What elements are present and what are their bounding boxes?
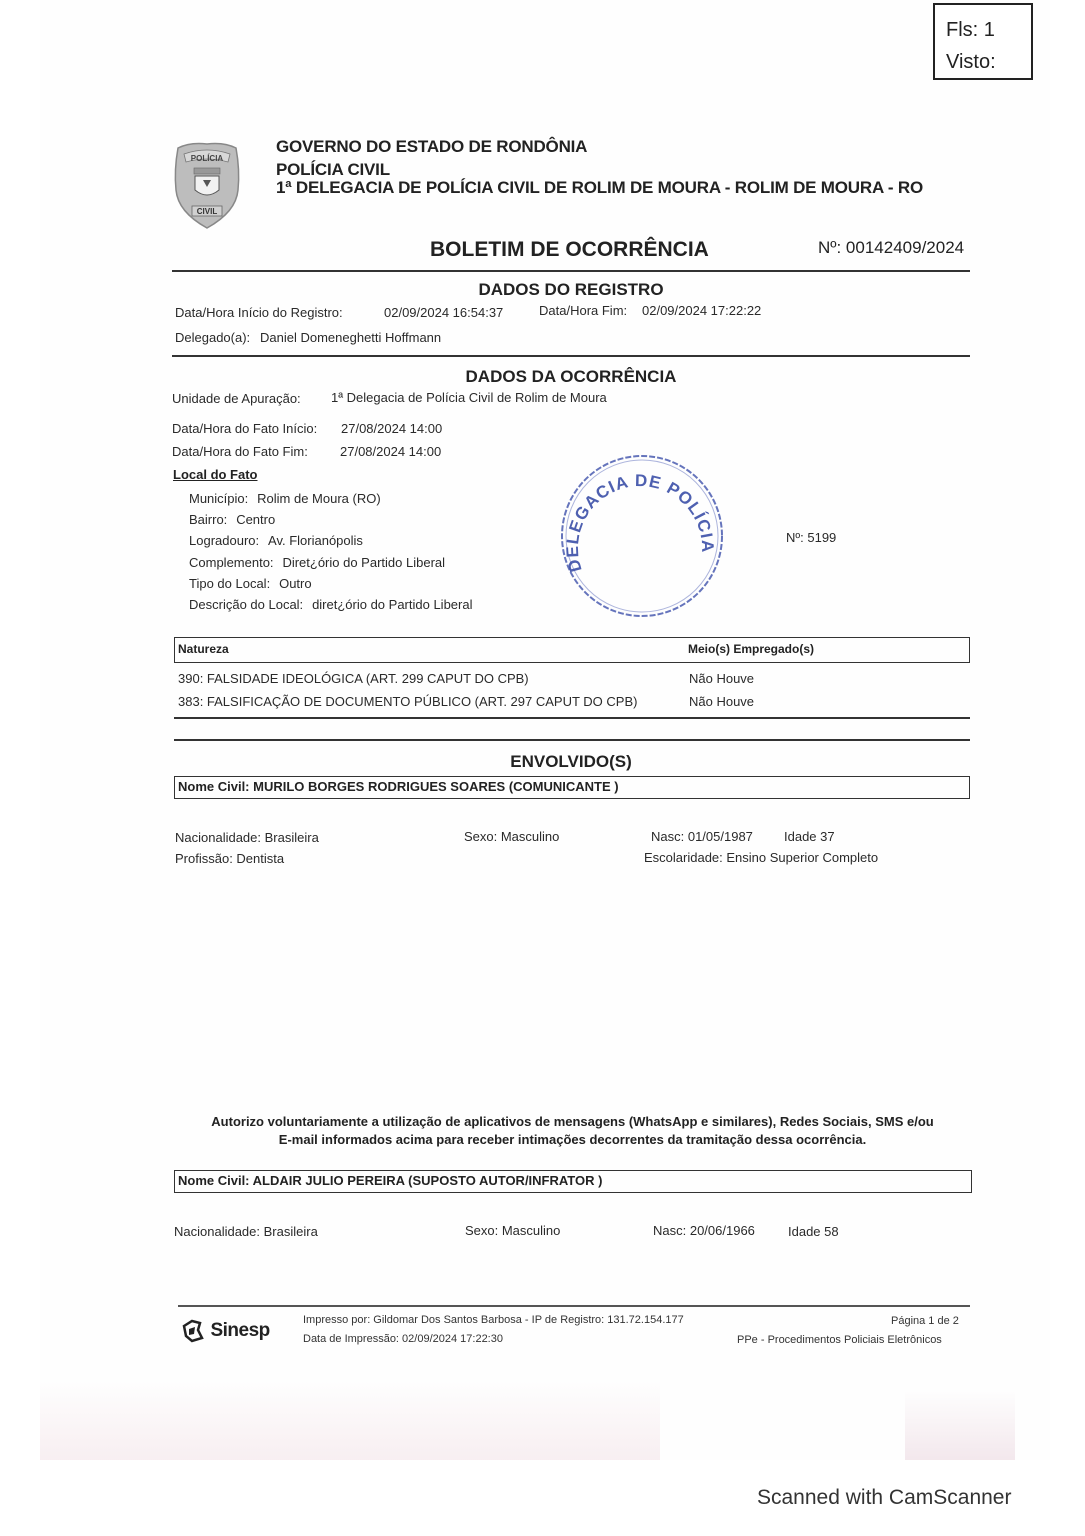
ocorrencia-numero: Nº: 5199 [786,530,836,545]
section-title-envolvidos: ENVOLVIDO(S) [371,752,771,772]
divider [174,739,970,741]
registro-fim-label: Data/Hora Fim: [539,303,627,318]
sinesp-logo: Sinesp [180,1318,270,1344]
local-value: Outro [279,576,312,591]
system-name: PPe - Procedimentos Policiais Eletrônico… [737,1334,942,1346]
consent-line-2: E-mail informados acima para receber int… [175,1131,970,1149]
sinesp-logo-text: Sinesp [210,1320,269,1341]
section-title-registro: DADOS DO REGISTRO [172,280,970,300]
local-value: Rolim de Moura (RO) [257,491,381,506]
divider [172,270,970,272]
fls-label: Fls: 1 [946,19,995,42]
person-nacionalidade: Nacionalidade: Brasileira [174,1224,318,1239]
local-item: Complemento: Diret¿ório do Partido Liber… [189,554,445,572]
fato-fim-label: Data/Hora do Fato Fim: [172,444,308,459]
person-name: Nome Civil: MURILO BORGES RODRIGUES SOAR… [178,779,619,794]
registro-fim-value: 02/09/2024 17:22:22 [642,303,761,318]
local-label: Descrição do Local: [189,597,303,612]
local-label: Tipo do Local: [189,576,270,591]
footer-divider [178,1305,970,1307]
impresso-por: Impresso por: Gildomar Dos Santos Barbos… [303,1314,684,1326]
document-number: Nº: 00142409/2024 [818,238,964,258]
local-do-fato-title: Local do Fato [173,467,258,482]
divider [172,355,970,357]
person-nacionalidade: Nacionalidade: Brasileira [175,830,319,845]
policia-civil-badge-icon: POLÍCIA CIVIL [170,140,244,230]
person-name: Nome Civil: ALDAIR JULIO PEREIRA (SUPOST… [178,1173,602,1188]
local-item: Tipo do Local: Outro [189,575,312,593]
local-item: Logradouro: Av. Florianópolis [189,532,363,550]
local-label: Bairro: [189,512,227,527]
person-name-box: Nome Civil: MURILO BORGES RODRIGUES SOAR… [174,776,970,799]
local-value: Centro [236,512,275,527]
local-item: Bairro: Centro [189,511,275,529]
sinesp-logo-icon [180,1318,206,1344]
local-item: Município: Rolim de Moura (RO) [189,490,381,508]
natureza-column-header: Natureza [178,642,229,656]
fato-inicio-label: Data/Hora do Fato Início: [172,421,317,436]
person-escolaridade: Escolaridade: Ensino Superior Completo [644,850,878,865]
local-label: Município: [189,491,248,506]
person-name-box: Nome Civil: ALDAIR JULIO PEREIRA (SUPOST… [174,1170,972,1193]
registro-inicio-label: Data/Hora Início do Registro: [175,305,343,320]
meios-column-header: Meio(s) Empregado(s) [688,642,814,656]
meio-row: Não Houve [689,694,754,709]
header-agency: POLÍCIA CIVIL [276,160,390,180]
police-stamp-icon: DELEGACIA DE POLÍCIA [556,450,728,622]
header-delegacia: 1ª DELEGACIA DE POLÍCIA CIVIL DE ROLIM D… [276,178,923,198]
svg-text:CIVIL: CIVIL [197,207,218,216]
header-government: GOVERNO DO ESTADO DE RONDÔNIA [276,137,587,157]
person-idade: Idade 58 [788,1224,839,1239]
page-number: Página 1 de 2 [891,1315,959,1327]
data-impressao: Data de Impressão: 02/09/2024 17:22:30 [303,1333,503,1345]
document-title: BOLETIM DE OCORRÊNCIA [430,238,709,262]
local-value: diret¿ório do Partido Liberal [312,597,472,612]
person-profissao: Profissão: Dentista [175,851,284,866]
svg-text:DELEGACIA DE POLÍCIA: DELEGACIA DE POLÍCIA [563,471,717,574]
svg-text:POLÍCIA: POLÍCIA [191,154,224,163]
person-sexo: Sexo: Masculino [465,1223,560,1238]
natureza-row: 390: FALSIDADE IDEOLÓGICA (ART. 299 CAPU… [178,671,529,686]
delegado-label: Delegado(a): [175,330,250,345]
local-label: Logradouro: [189,533,259,548]
registro-inicio-value: 02/09/2024 16:54:37 [384,305,503,320]
natureza-header-box: Natureza Meio(s) Empregado(s) [174,637,970,663]
visto-label: Visto: [946,51,996,74]
fato-inicio-value: 27/08/2024 14:00 [341,421,442,436]
natureza-row: 383: FALSIFICAÇÃO DE DOCUMENTO PÚBLICO (… [178,694,637,709]
local-value: Av. Florianópolis [268,533,363,548]
local-value: Diret¿ório do Partido Liberal [282,555,445,570]
unidade-label: Unidade de Apuração: [172,391,301,406]
delegado-value: Daniel Domeneghetti Hoffmann [260,330,441,345]
scan-shadow [40,1380,660,1460]
local-label: Complemento: [189,555,274,570]
divider [174,717,970,719]
person-nasc: Nasc: 01/05/1987 [651,829,753,844]
unidade-value: 1ª Delegacia de Polícia Civil de Rolim d… [331,390,607,405]
meio-row: Não Houve [689,671,754,686]
person-idade: Idade 37 [784,829,835,844]
person-sexo: Sexo: Masculino [464,829,559,844]
consent-line-1: Autorizo voluntariamente a utilização de… [175,1113,970,1131]
consent-text: Autorizo voluntariamente a utilização de… [175,1113,970,1149]
fls-visto-box: Fls: 1 Visto: [933,3,1033,80]
person-nasc: Nasc: 20/06/1966 [653,1223,755,1238]
local-item: Descrição do Local: diret¿ório do Partid… [189,596,472,614]
fato-fim-value: 27/08/2024 14:00 [340,444,441,459]
section-title-ocorrencia: DADOS DA OCORRÊNCIA [372,367,770,387]
camscanner-watermark: Scanned with CamScanner [757,1486,1011,1510]
scan-shadow [905,1390,1015,1460]
